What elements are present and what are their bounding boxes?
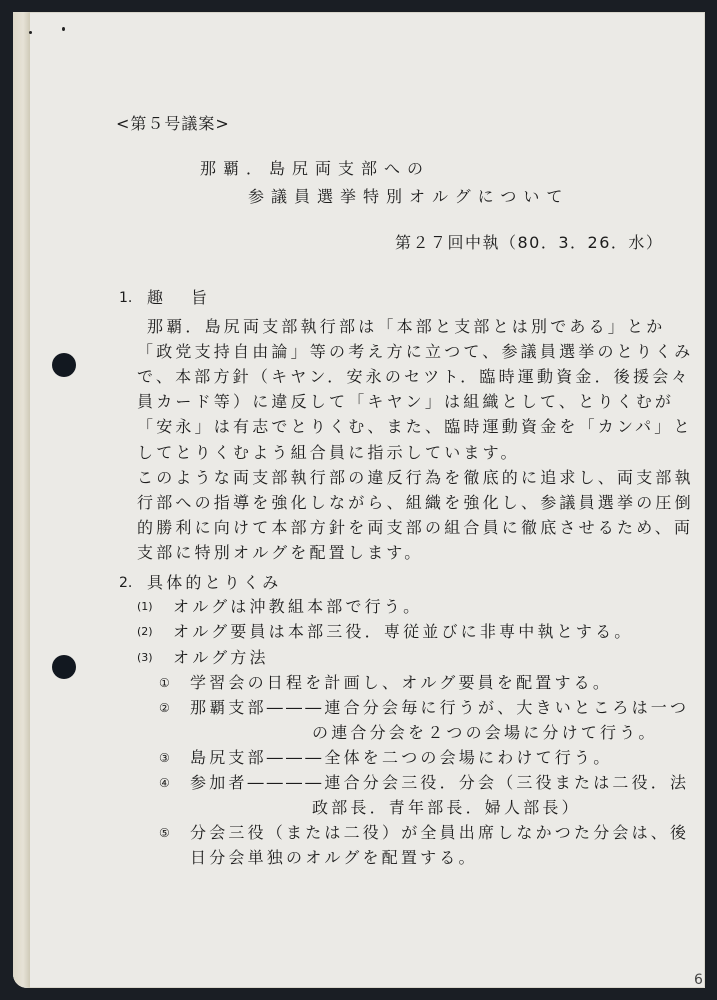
- body-line: 「安永」は有志でとりくむ、また、臨時運動資金を「カンパ」と: [137, 418, 693, 436]
- method-marker: ①: [159, 674, 170, 692]
- method-text: 那覇支部―――連合分会毎に行うが、大きいところは一つ: [190, 699, 689, 717]
- body-line: 那覇．島尻両支部執行部は「本部と支部とは別である」とか: [147, 318, 665, 336]
- method-text: 島尻支部―――全体を二つの会場にわけて行う。: [190, 749, 612, 767]
- page-number: 6: [694, 971, 703, 989]
- heading-line-2: 参議員選挙特別オルグについて: [248, 188, 569, 206]
- speck: [62, 27, 65, 31]
- section-1-title: 趣 旨: [147, 289, 213, 307]
- section-2-number: 2.: [119, 574, 132, 592]
- method-text: 分会三役（または二役）が全員出席しなかつた分会は、後: [190, 824, 689, 842]
- body-line: 行部への指導を強化しながら、組織を強化し、参議員選挙の圧倒: [137, 494, 694, 512]
- item-marker: (2): [137, 623, 153, 641]
- body-line: 支部に特別オルグを配置します。: [137, 544, 423, 562]
- item-text: オルグは沖教組本部で行う。: [173, 598, 422, 616]
- item-marker: (1): [137, 598, 153, 616]
- item-marker: (3): [137, 649, 153, 667]
- method-continuation: の連合分会を２つの会場に分けて行う。: [312, 724, 658, 742]
- item-text: オルグ方法: [173, 649, 269, 667]
- body-line: 「政党支持自由論」等の考え方に立つて、参議員選挙のとりくみ: [137, 343, 693, 361]
- punch-hole-bottom: [52, 655, 76, 679]
- speck: [29, 31, 32, 34]
- method-marker: ③: [159, 749, 170, 767]
- punch-hole-top: [52, 353, 76, 377]
- heading-line-1: 那覇．島尻両支部への: [200, 160, 430, 178]
- method-continuation: 日分会単独のオルグを配置する。: [190, 849, 478, 867]
- method-marker: ②: [159, 699, 170, 717]
- meeting-date: 第２７回中執（80．3．26．水）: [395, 234, 663, 252]
- method-text: 学習会の日程を計画し、オルグ要員を配置する。: [190, 674, 612, 692]
- agenda-label: <第５号議案>: [116, 115, 230, 133]
- body-line: このような両支部執行部の違反行為を徹底的に追求し、両支部執: [137, 469, 694, 487]
- body-line: 員カード等）に違反して「キヤン」は組織として、とりくむが: [137, 393, 674, 411]
- body-line: 的勝利に向けて本部方針を両支部の組合員に徹底させるため、両: [137, 519, 693, 537]
- body-line: してとりくむよう組合員に指示しています。: [137, 444, 520, 462]
- method-text: 参加者――――連合分会三役．分会（三役または二役．法: [190, 774, 689, 792]
- body-line: で、本部方針（キヤン．安永のセツト．臨時運動資金．後援会々: [137, 368, 691, 386]
- section-2-title: 具体的とりくみ: [147, 574, 281, 592]
- method-continuation: 政部長．青年部長．婦人部長）: [312, 799, 581, 817]
- item-text: オルグ要員は本部三役．専従並びに非専中執とする。: [173, 623, 633, 641]
- section-1-number: 1.: [119, 289, 132, 307]
- paper-edge: [13, 12, 30, 988]
- method-marker: ④: [159, 774, 170, 792]
- method-marker: ⑤: [159, 824, 170, 842]
